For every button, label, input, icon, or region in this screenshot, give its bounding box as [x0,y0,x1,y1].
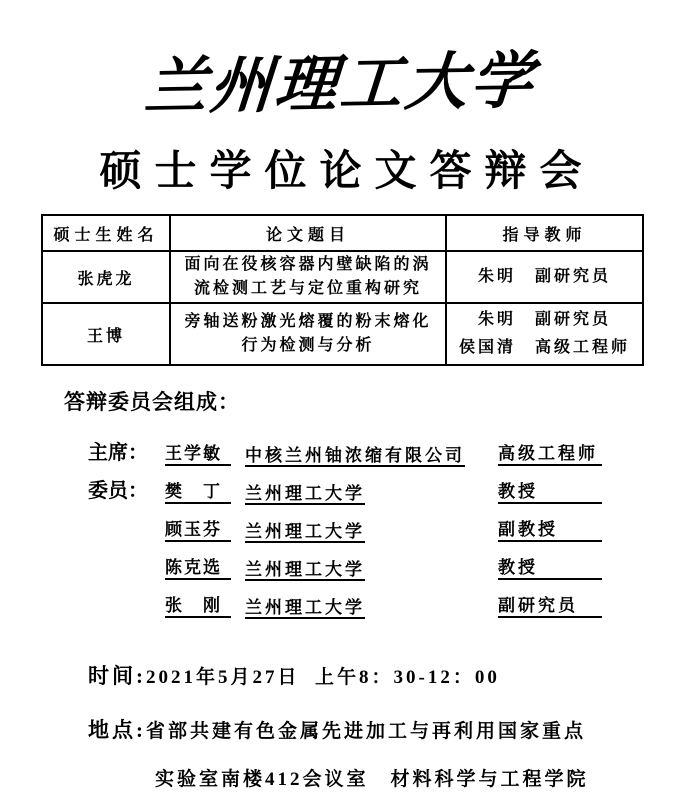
member-affiliation: 兰州理工大学 [245,593,498,618]
table-header-row: 硕士生姓名 论文题目 指导教师 [42,215,643,251]
header-thesis-title: 论文题目 [170,215,446,251]
schedule-block: 时间: 2021年5月27日 上午8：30-12：00 地点: 省部共建有色金属… [88,660,681,791]
advisor: 朱明 副研究员 侯国清 高级工程师 [446,303,643,365]
time-label: 时间: [88,660,146,690]
member-affiliation: 兰州理工大学 [245,555,498,580]
member-name: 张 刚 [165,591,231,618]
role-label [88,541,165,542]
time-value: 2021年5月27日 上午8：30-12：00 [146,662,500,689]
thesis-title: 面向在役核容器内壁缺陷的涡 流检测工艺与定位重构研究 [170,251,446,303]
page-title: 硕士学位论文答辩会 [0,138,681,198]
time-line: 时间: 2021年5月27日 上午8：30-12：00 [88,660,681,690]
role-label: 主席： [88,436,165,466]
committee-row-chair: 主席： 王学敏 中核兰州铀浓缩有限公司 高级工程师 [88,428,681,466]
role-label [88,579,165,580]
location-line: 地点: 省部共建有色金属先进加工与再利用国家重点 [88,714,681,744]
advisor: 朱明 副研究员 [446,251,643,303]
committee-heading: 答辩委员会组成： [64,386,681,416]
member-title: 教授 [498,553,602,580]
university-logo-text: 兰州理工大学 [142,31,540,140]
committee-list: 主席： 王学敏 中核兰州铀浓缩有限公司 高级工程师 委员： 樊 丁 兰州理工大学… [88,428,681,618]
table-row: 张虎龙 面向在役核容器内壁缺陷的涡 流检测工艺与定位重构研究 朱明 副研究员 [42,251,643,303]
university-calligraphy-logo: 兰州理工大学 [0,34,681,136]
member-affiliation: 兰州理工大学 [245,479,498,504]
member-title: 副研究员 [498,591,602,618]
member-name: 顾玉芬 [165,515,231,542]
committee-row-member: 张 刚 兰州理工大学 副研究员 [88,580,681,618]
role-label [88,617,165,618]
member-affiliation: 兰州理工大学 [245,517,498,542]
location-value-line1: 省部共建有色金属先进加工与再利用国家重点 [146,716,586,743]
committee-row-member: 委员： 樊 丁 兰州理工大学 教授 [88,466,681,504]
member-affiliation: 中核兰州铀浓缩有限公司 [245,441,498,466]
student-name: 张虎龙 [42,251,170,303]
role-label: 委员： [88,474,165,504]
member-title: 高级工程师 [498,439,602,466]
member-name: 陈克选 [165,553,231,580]
header-student-name: 硕士生姓名 [42,215,170,251]
location-line-continued: 实验室南楼412会议室 材料科学与工程学院 [155,764,681,791]
location-label: 地点: [88,714,146,744]
committee-row-member: 顾玉芬 兰州理工大学 副教授 [88,504,681,542]
member-title: 教授 [498,477,602,504]
header-advisor: 指导教师 [446,215,643,251]
thesis-title: 旁轴送粉激光熔覆的粉末熔化 行为检测与分析 [170,303,446,365]
member-name: 樊 丁 [165,477,231,504]
location-value-line2: 实验室南楼412会议室 材料科学与工程学院 [155,764,589,791]
committee-row-member: 陈克选 兰州理工大学 教授 [88,542,681,580]
student-name: 王博 [42,303,170,365]
table-row: 王博 旁轴送粉激光熔覆的粉末熔化 行为检测与分析 朱明 副研究员 侯国清 高级工… [42,303,643,365]
member-title: 副教授 [498,515,602,542]
member-name: 王学敏 [165,439,231,466]
thesis-table: 硕士生姓名 论文题目 指导教师 张虎龙 面向在役核容器内壁缺陷的涡 流检测工艺与… [41,214,644,366]
